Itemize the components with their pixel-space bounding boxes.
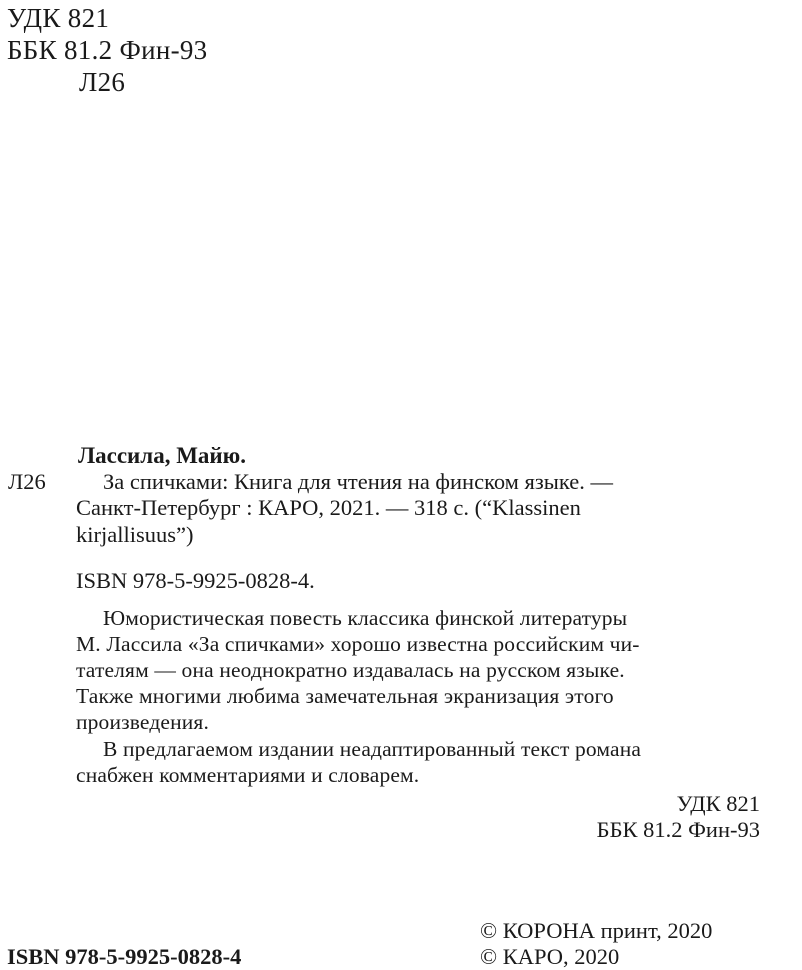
- annotation-line-5: произведения.: [76, 709, 209, 736]
- entry-line-1: За спичками: Книга для чтения на финском…: [103, 468, 613, 495]
- entry-author-mark: Л26: [8, 468, 46, 495]
- footer-isbn: ISBN 978-5-9925-0828-4: [7, 943, 241, 970]
- author-mark: Л26: [79, 66, 125, 98]
- author-name: Лассила, Майю.: [78, 442, 246, 469]
- entry-isbn: ISBN 978-5-9925-0828-4.: [76, 567, 315, 594]
- annotation-line-7: снабжен комментариями и словарем.: [76, 762, 419, 789]
- annotation-line-6: В предлагаемом издании неадаптированный …: [103, 736, 641, 763]
- entry-line-2: Санкт-Петербург : КАРО, 2021. — 318 с. (…: [76, 494, 581, 521]
- udk-code-right: УДК 821: [677, 790, 760, 817]
- udk-code: УДК 821: [7, 2, 109, 34]
- annotation-line-2: М. Лассила «За спичками» хорошо известна…: [76, 631, 640, 658]
- annotation-line-3: тателям — она неоднократно издавалась на…: [76, 657, 625, 684]
- bbk-code: ББК 81.2 Фин-93: [7, 34, 208, 66]
- annotation-line-4: Также многими любима замечательная экран…: [76, 683, 614, 710]
- entry-line-3: kirjallisuus”): [76, 521, 193, 548]
- copyright-karo: © КАРО, 2020: [480, 943, 619, 970]
- bbk-code-right: ББК 81.2 Фин-93: [597, 816, 760, 843]
- annotation-line-1: Юмористическая повесть классика финской …: [103, 605, 627, 632]
- copyright-korona: © КОРОНА принт, 2020: [480, 917, 712, 944]
